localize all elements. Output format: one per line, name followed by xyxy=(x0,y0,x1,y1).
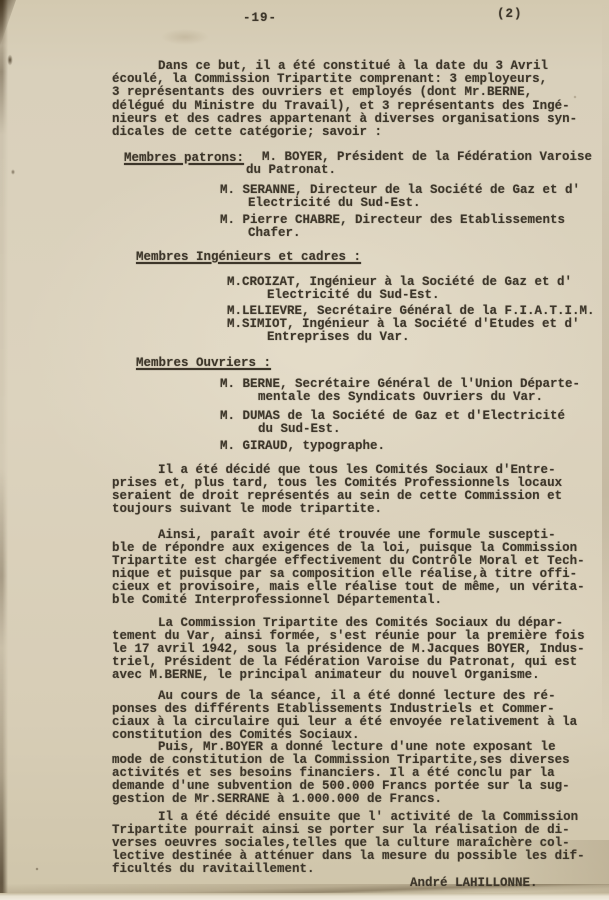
page-number: -19- xyxy=(243,11,277,25)
member-entry: M. BERNE, Secrétaire Général de l'Union … xyxy=(220,378,609,404)
paragraph-oeuvres-sociales: Il a été décidé ensuite que l' activité … xyxy=(112,811,609,876)
paragraph-premiere-reunion: La Commission Tripartite des Comités Soc… xyxy=(112,617,609,682)
section-heading-patrons: Membres patrons: xyxy=(124,151,244,165)
paragraph-formule: Ainsi, paraît avoir été trouvée une form… xyxy=(112,529,609,607)
paragraph-lecture-reponses: Au cours de la séance, il a été donné le… xyxy=(112,690,609,742)
section-heading-ouvriers: Membres Ouvriers : xyxy=(136,356,271,370)
paragraph-note-subvention: Puis, Mr.BOYER a donné lecture d'une not… xyxy=(112,741,609,806)
text-line: gestion de Mr.SERRANE à 1.000.000 de Fra… xyxy=(112,793,609,806)
section-membres-ingenieurs: Membres Ingénieurs et cadres : M.CROIZAT… xyxy=(112,250,609,344)
text-line: Entreprises du Var. xyxy=(227,331,609,344)
paper-left-edge-shadow xyxy=(0,0,8,900)
member-entry: M. SERANNE, Directeur de la Société de G… xyxy=(220,184,609,210)
text-line: du Patronat. xyxy=(112,164,609,177)
text-line: toujours suivant le mode tripartite. xyxy=(112,503,609,516)
paper-bottom-fold-edge xyxy=(0,893,609,900)
member-entry: M.SIMIOT, Ingénieur à la Société d'Etude… xyxy=(227,318,609,344)
text-line: dicales de cette catégorie; savoir : xyxy=(112,126,609,139)
text-line: mentale des Syndicats Ouvriers du Var. xyxy=(220,391,609,404)
paper-top-left-corner xyxy=(0,0,16,46)
text-line: 3 représentants des ouvriers et employés… xyxy=(112,86,609,99)
paragraph-decision-comites: Il a été décidé que tous les Comités Soc… xyxy=(112,464,609,516)
scanned-document-page: -19- (2) Dans ce but, il a été constitué… xyxy=(0,0,609,900)
member-entry: M.CROIZAT, Ingénieur à la Société de Gaz… xyxy=(227,276,609,302)
member-entry: M. Pierre CHABRE, Directeur des Etabliss… xyxy=(220,214,609,240)
section-membres-patrons: Membres patrons: M. BOYER, Président de … xyxy=(112,151,609,240)
section-heading-ingenieurs: Membres Ingénieurs et cadres : xyxy=(136,250,361,264)
text-line: ficultés du ravitaillement. xyxy=(112,863,609,876)
text-line: Chafer. xyxy=(220,227,609,240)
text-line: Electricité du Sud-Est. xyxy=(220,197,609,210)
text-line: délégué du Ministre du Travail), et 3 re… xyxy=(112,100,609,113)
page-annotation: (2) xyxy=(497,7,523,21)
signature: André LAHILLONNE. xyxy=(410,876,538,890)
text-line: avec M.BERNE, le principal animateur du … xyxy=(112,669,609,682)
text-line: M. GIRAUD, typographe. xyxy=(220,440,609,453)
text-line: Electricité du Sud-Est. xyxy=(227,289,609,302)
text-line: M. BOYER, Président de la Fédération Var… xyxy=(262,151,592,164)
text-line: ble Comité Interprofessionnel Départemen… xyxy=(112,594,609,607)
text-line: nieurs et des cadres appartenant à diver… xyxy=(112,113,609,126)
member-entry: M. GIRAUD, typographe. xyxy=(220,440,609,453)
section-membres-ouvriers: Membres Ouvriers : M. BERNE, Secrétaire … xyxy=(112,356,609,453)
intro-paragraph: Dans ce but, il a été constitué à la dat… xyxy=(112,60,609,139)
text-line: du Sud-Est. xyxy=(220,423,609,436)
member-entry: M. DUMAS de la Société de Gaz et d'Elect… xyxy=(220,410,609,436)
